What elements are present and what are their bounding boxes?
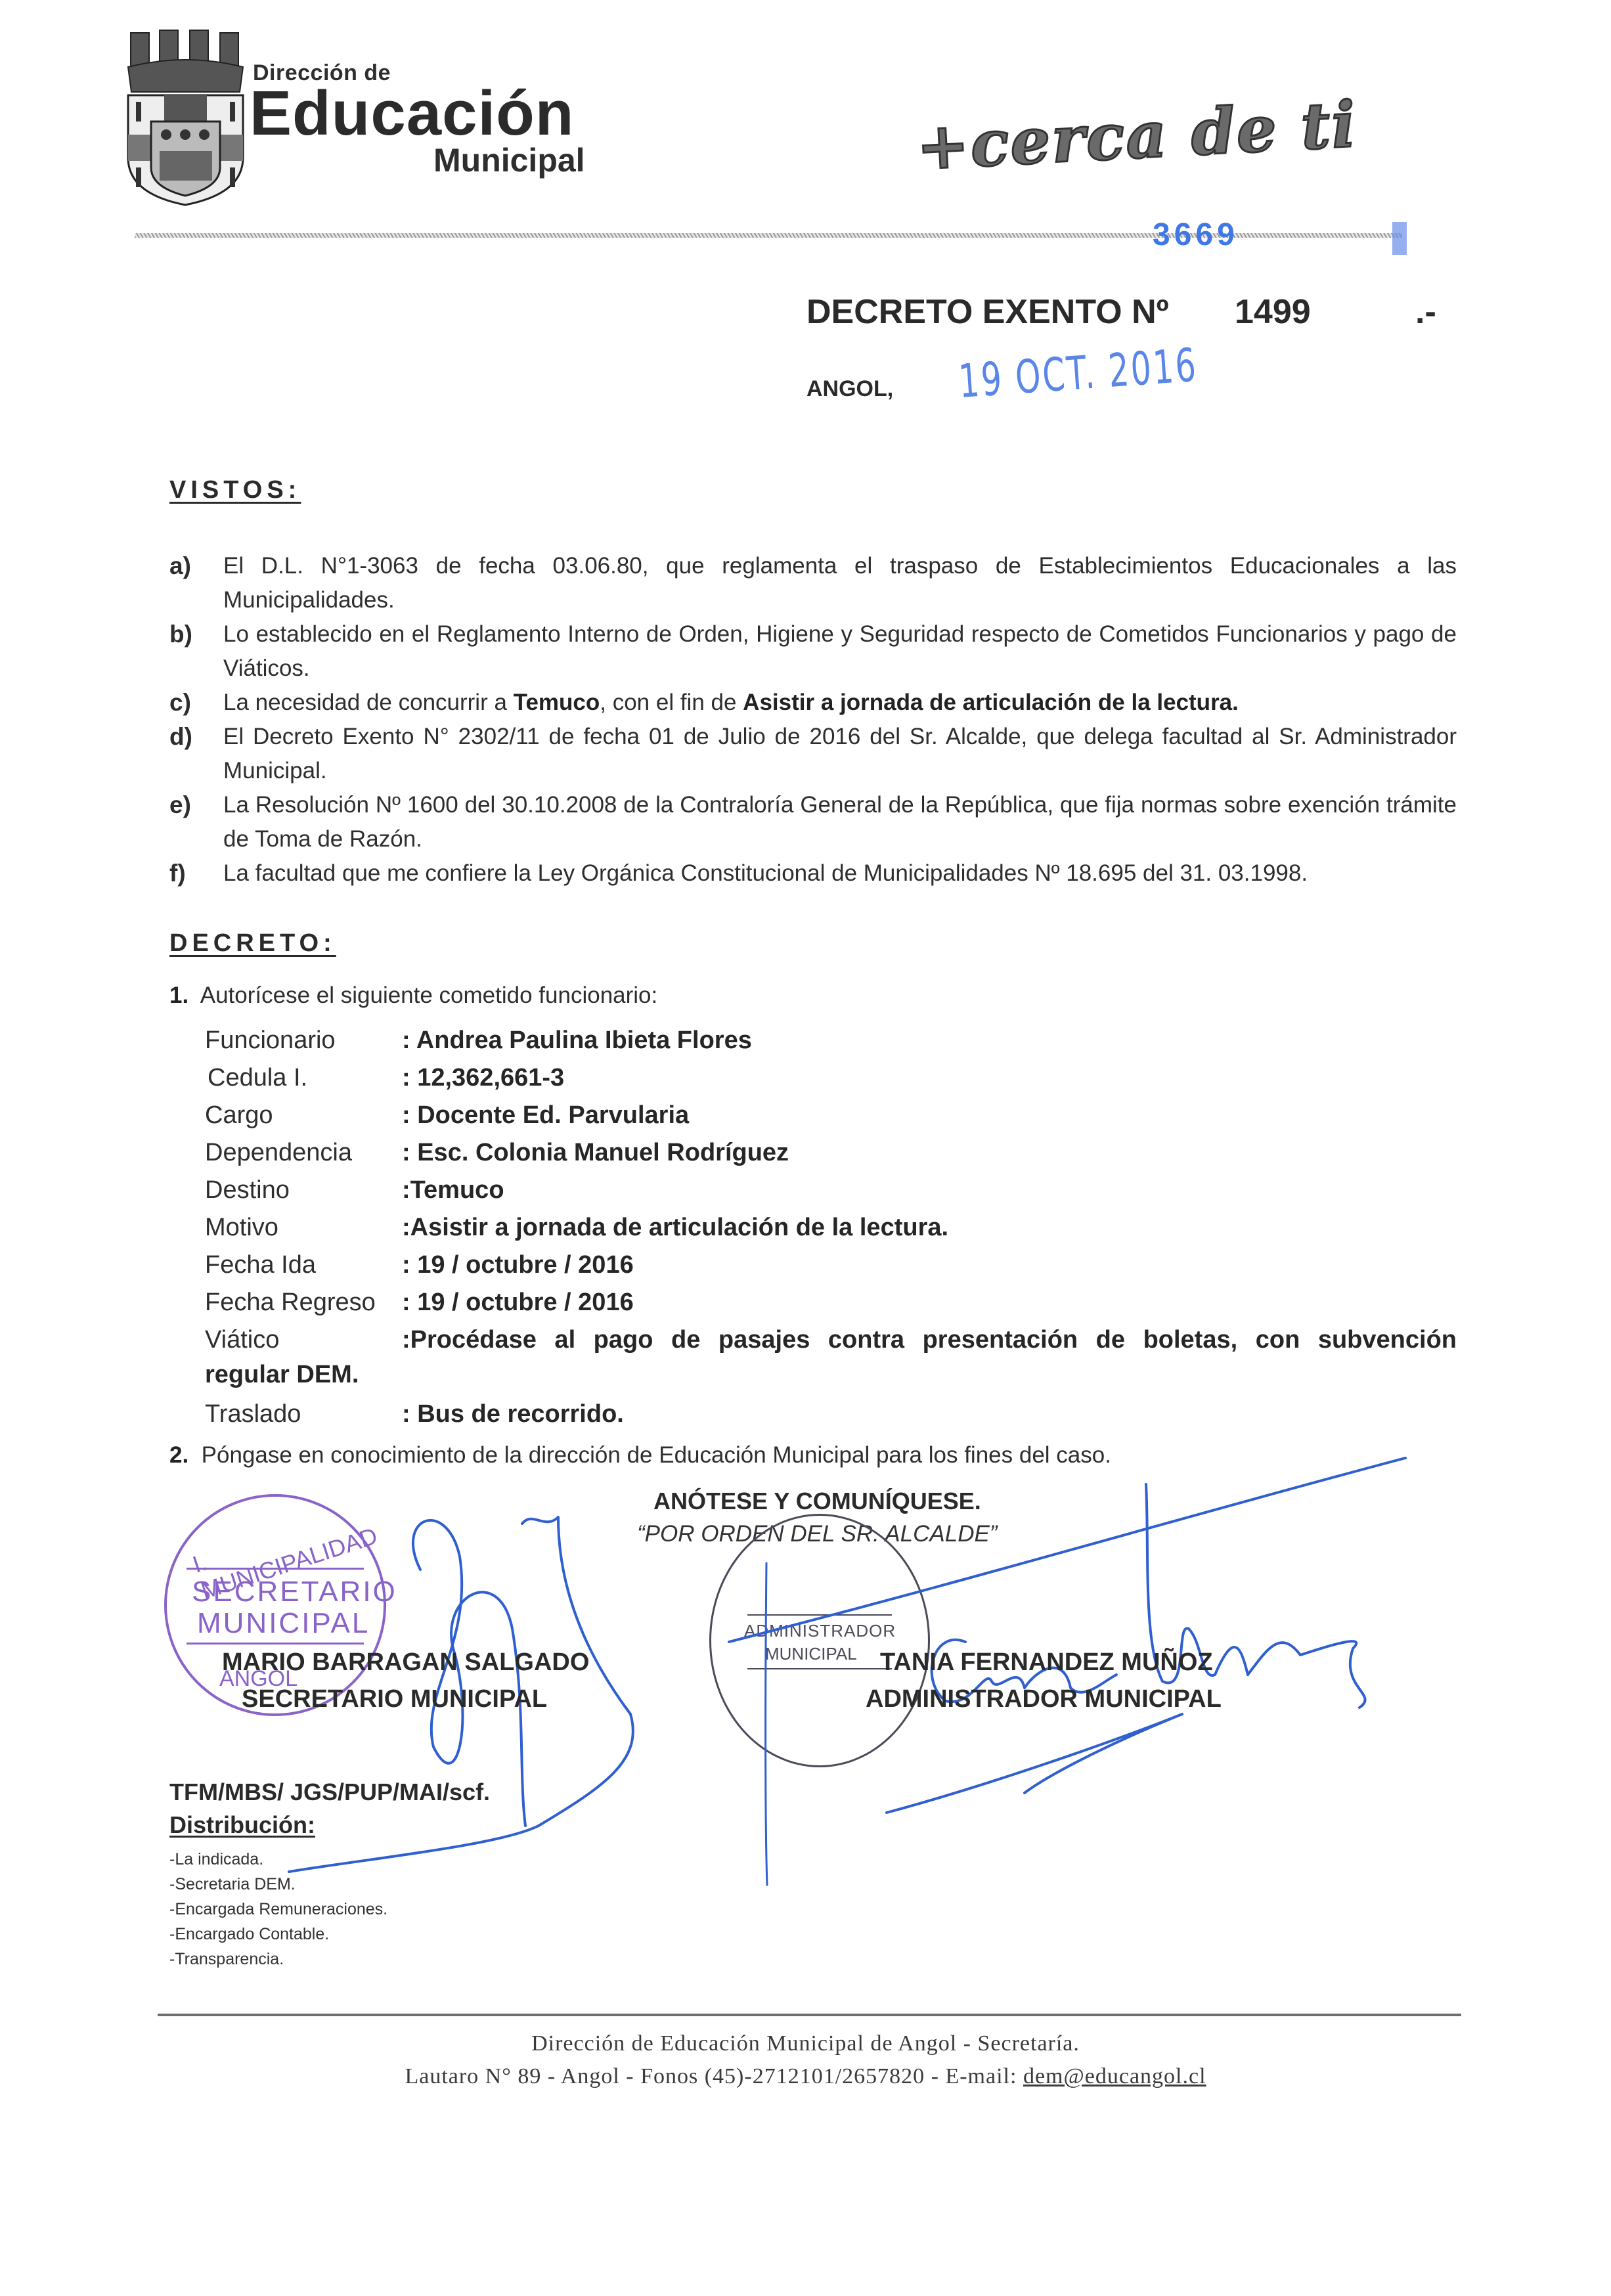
field-value-continued: regular DEM.: [205, 1361, 359, 1389]
right-signatory-title: ADMINISTRADOR MUNICIPAL: [866, 1685, 1222, 1713]
text-segment: , con el fin de: [600, 690, 743, 715]
municipal-crest-icon: [121, 26, 250, 207]
distribution-item: -Encargado Contable.: [169, 1922, 387, 1947]
footer-line-2: Lautaro N° 89 - Angol - Fonos (45)-27121…: [0, 2064, 1611, 2089]
field-value: : Docente Ed. Parvularia: [402, 1101, 689, 1130]
initials: TFM/MBS/ JGS/PUP/MAI/scf.: [169, 1778, 490, 1806]
date-stamp: 19 OCT. 2016: [957, 338, 1199, 408]
destination-bold: Temuco: [514, 690, 600, 715]
item-letter: b): [169, 617, 192, 651]
field-value: :Asistir a jornada de articulación de la…: [402, 1214, 948, 1242]
decreto-heading: DECRETO:: [169, 929, 336, 958]
field-value: : Andrea Paulina Ibieta Flores: [402, 1027, 752, 1055]
place-label: ANGOL,: [806, 376, 893, 402]
item-letter: e): [169, 788, 191, 822]
brand-line-2: Educación: [250, 82, 574, 145]
field-value: : Esc. Colonia Manuel Rodríguez: [402, 1139, 789, 1167]
field-label: Dependencia: [205, 1139, 352, 1167]
slogan: +cerca de ti: [915, 87, 1359, 185]
field-value: : 19 / octubre / 2016: [402, 1289, 634, 1317]
text-segment: La necesidad de concurrir a: [223, 690, 514, 715]
field-label: Fecha Ida: [205, 1251, 316, 1279]
distribution-item: -Encargada Remuneraciones.: [169, 1897, 387, 1922]
footer-email-link[interactable]: dem@educangol.cl: [1023, 2064, 1206, 2088]
item-letter: a): [169, 549, 191, 583]
vistos-item-e: e) La Resolución Nº 1600 del 30.10.2008 …: [169, 788, 1457, 856]
item-text: Lo establecido en el Reglamento Interno …: [223, 617, 1457, 686]
field-label: Viático: [205, 1326, 279, 1354]
left-signatory-title: SECRETARIO MUNICIPAL: [242, 1685, 547, 1713]
point-text: Autorícese el siguiente cometido funcion…: [200, 982, 658, 1008]
field-label: Destino: [205, 1176, 290, 1204]
item-text: La Resolución Nº 1600 del 30.10.2008 de …: [223, 788, 1457, 856]
distribution-item: -Transparencia.: [169, 1947, 387, 1972]
right-signatory-name: TANIA FERNANDEZ MUÑOZ: [880, 1648, 1213, 1677]
item-text: La facultad que me confiere la Ley Orgán…: [223, 856, 1457, 891]
decree-number: 1499: [1235, 292, 1311, 332]
purpose-bold: Asistir a jornada de articulación de la …: [743, 690, 1239, 715]
distribution-item: -La indicada.: [169, 1847, 387, 1872]
vistos-item-d: d) El Decreto Exento N° 2302/11 de fecha…: [169, 720, 1457, 788]
distribution-item: -Secretaria DEM.: [169, 1872, 387, 1897]
item-text: El Decreto Exento N° 2302/11 de fecha 01…: [223, 720, 1457, 788]
field-label: Cedula I.: [208, 1064, 307, 1092]
vistos-item-a: a) El D.L. N°1-3063 de fecha 03.06.80, q…: [169, 549, 1457, 617]
left-signatory-name: MARIO BARRAGAN SALGADO: [222, 1648, 589, 1677]
item-letter: f): [169, 856, 186, 891]
field-label: Cargo: [205, 1101, 273, 1130]
vistos-item-c: c) La necesidad de concurrir a Temuco, c…: [169, 686, 1457, 720]
field-value: :Procédase al pago de pasajes contra pre…: [402, 1326, 1457, 1354]
item-letter: c): [169, 686, 191, 720]
vistos-item-f: f) La facultad que me confiere la Ley Or…: [169, 856, 1457, 891]
item-text: La necesidad de concurrir a Temuco, con …: [223, 686, 1457, 720]
decree-suffix: .-: [1415, 292, 1436, 332]
decree-title: DECRETO EXENTO Nº: [806, 292, 1169, 332]
point-number: 1.: [169, 982, 188, 1008]
brand-line-3: Municipal: [433, 141, 585, 179]
decree-point-1: 1. Autorícese el siguiente cometido func…: [169, 979, 657, 1013]
field-value: :Temuco: [402, 1176, 504, 1204]
distribution-list: -La indicada. -Secretaria DEM. -Encargad…: [169, 1847, 387, 1972]
stamp-mark-icon: [1392, 222, 1407, 255]
vistos-item-b: b) Lo establecido en el Reglamento Inter…: [169, 617, 1457, 686]
footer-line-1: Dirección de Educación Municipal de Ango…: [0, 2031, 1611, 2056]
registry-stamp: 3669: [1153, 217, 1239, 253]
field-label: Traslado: [205, 1400, 301, 1428]
item-text: El D.L. N°1-3063 de fecha 03.06.80, que …: [223, 549, 1457, 617]
field-value: : 12,362,661-3: [402, 1064, 564, 1092]
field-value: : Bus de recorrido.: [402, 1400, 624, 1428]
field-value: : 19 / octubre / 2016: [402, 1251, 634, 1279]
item-letter: d): [169, 720, 192, 754]
field-label: Fecha Regreso: [205, 1289, 376, 1317]
field-label: Motivo: [205, 1214, 278, 1242]
footer-divider: [158, 2014, 1461, 2016]
footer-address: Lautaro N° 89 - Angol - Fonos (45)-27121…: [405, 2064, 1023, 2088]
field-label: Funcionario: [205, 1027, 336, 1055]
vistos-heading: VISTOS:: [169, 476, 301, 504]
distribution-heading: Distribución:: [169, 1811, 315, 1839]
